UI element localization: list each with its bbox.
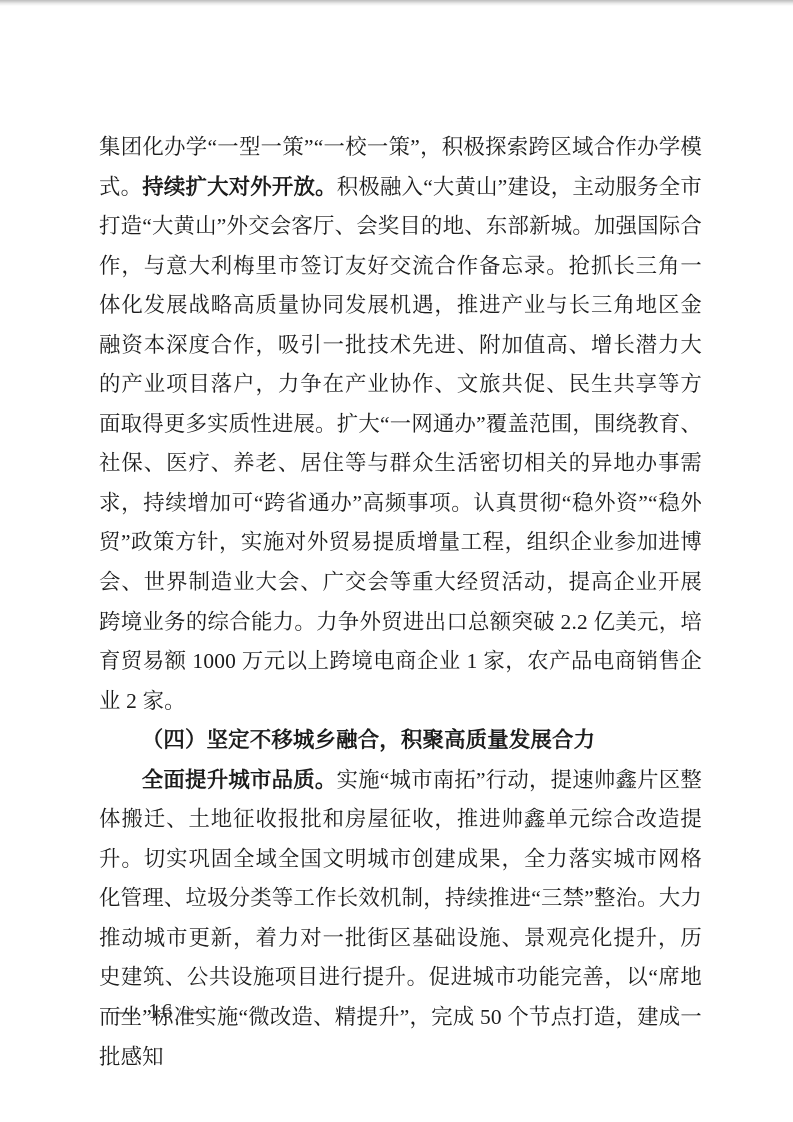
document-page: 集团化办学“一型一策”“一校一策”，积极探索跨区域合作办学模式。持续扩大对外开放… — [0, 0, 793, 1122]
body-run: 积极融入“大黄山”建设，主动服务全市打造“大黄山”外交会客厅、会奖目的地、东部新… — [99, 175, 702, 713]
bold-lead-run: 全面提升城市品质。 — [142, 768, 337, 792]
paragraph-city-quality: 全面提升城市品质。实施“城市南拓”行动，提速帅鑫片区整体搬迁、土地征收报批和房屋… — [99, 761, 702, 1077]
bold-emphasis-run: 持续扩大对外开放。 — [142, 175, 337, 199]
paragraph-opening-up: 集团化办学“一型一策”“一校一策”，积极探索跨区域合作办学模式。持续扩大对外开放… — [99, 128, 702, 721]
page-number: — 16 — — [116, 998, 208, 1024]
body-text: 集团化办学“一型一策”“一校一策”，积极探索跨区域合作办学模式。持续扩大对外开放… — [99, 128, 702, 1077]
section-heading: （四）坚定不移城乡融合，积聚高质量发展合力 — [99, 721, 702, 761]
scan-edge-artifact — [0, 0, 793, 6]
